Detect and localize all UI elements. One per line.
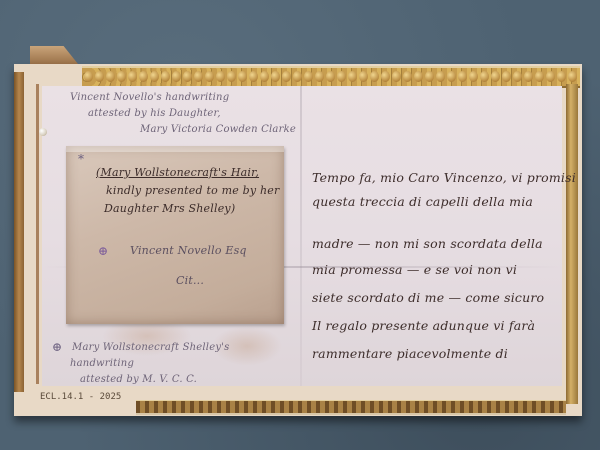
letter-line: madre — non mi son scordata della: [312, 236, 543, 251]
gilt-bead: [348, 71, 357, 82]
gilt-bead: [370, 71, 379, 82]
gilt-bead: [403, 71, 412, 82]
letter-line: questa treccia di capelli della mia: [312, 194, 533, 209]
gilt-bead: [282, 71, 291, 82]
envelope-address-line: Cit...: [176, 274, 204, 287]
top-note-line: Mary Victoria Cowden Clarke: [140, 124, 296, 135]
gilt-bead: [458, 71, 467, 82]
gilt-bead: [557, 71, 566, 82]
gilt-bead: [491, 71, 500, 82]
gilt-bead: [139, 71, 148, 82]
gilt-bead: [414, 71, 423, 82]
gilt-bead: [304, 71, 313, 82]
top-note-line: Vincent Novello's handwriting: [70, 92, 229, 103]
gilt-bead: [337, 71, 346, 82]
gilt-bead: [293, 71, 302, 82]
gilt-bead: [249, 71, 258, 82]
gilt-bead: [128, 71, 137, 82]
envelope-address-line: Vincent Novello Esq: [130, 244, 247, 257]
gilt-bead: [150, 71, 159, 82]
letter-line: mia promessa — e se voi non vi: [312, 262, 517, 277]
gilt-frame-bottom: [136, 400, 566, 415]
gilt-bead: [106, 71, 115, 82]
gilt-frame-left: [14, 72, 24, 392]
letter-line: Il regalo presente adunque vi farà: [312, 318, 535, 333]
gilt-bead: [205, 71, 214, 82]
gilt-bead: [172, 71, 181, 82]
gilt-bead: [183, 71, 192, 82]
gilt-bead: [260, 71, 269, 82]
gilt-bead: [117, 71, 126, 82]
gilt-bead: [84, 71, 93, 82]
gilt-bead: [326, 71, 335, 82]
mount-corner-tab: [30, 46, 78, 64]
gilt-bead: [425, 71, 434, 82]
gilt-bead: [216, 71, 225, 82]
crosshair-marker-icon: ⊕: [98, 244, 108, 258]
gilt-bead: [238, 71, 247, 82]
envelope-caption-line: Daughter Mrs Shelley): [104, 202, 235, 215]
gilt-bead: [95, 71, 104, 82]
accession-number: ECL.14.1 - 2025: [40, 392, 121, 402]
gilt-bead: [436, 71, 445, 82]
pin-head: [39, 128, 47, 136]
gilt-bead: [535, 71, 544, 82]
bottom-note-line: Mary Wollstonecraft Shelley's: [72, 342, 229, 353]
gilt-bead: [546, 71, 555, 82]
bottom-note-line: attested by M. V. C. C.: [80, 374, 197, 385]
gilt-bead: [381, 71, 390, 82]
asterisk-marker-icon: *: [78, 152, 84, 166]
envelope-flap: [66, 146, 284, 152]
crosshair-marker-icon: ⊕: [52, 340, 62, 354]
envelope-caption-line: kindly presented to me by her: [106, 184, 279, 197]
gilt-bead: [271, 71, 280, 82]
gilt-bead: [227, 71, 236, 82]
bottom-note-line: handwriting: [70, 358, 134, 369]
gilt-bead: [513, 71, 522, 82]
gilt-bead: [194, 71, 203, 82]
gilt-bead: [315, 71, 324, 82]
top-note-line: attested by his Daughter,: [88, 108, 221, 119]
paper-fold: [300, 86, 302, 386]
gilt-bead: [161, 71, 170, 82]
gilt-bead: [568, 71, 577, 82]
gilt-bead: [502, 71, 511, 82]
envelope-caption-line: (Mary Wollstonecraft's Hair,: [96, 166, 259, 179]
gilt-bead: [392, 71, 401, 82]
letter-line: siete scordato di me — come sicuro: [312, 290, 544, 305]
gilt-bead: [469, 71, 478, 82]
letter-line: Tempo fa, mio Caro Vincenzo, vi promisi: [312, 170, 576, 185]
gilt-bead: [447, 71, 456, 82]
gilt-bead: [524, 71, 533, 82]
gilt-bead: [480, 71, 489, 82]
gilt-bead: [359, 71, 368, 82]
letter-line: rammentare piacevolmente di: [312, 346, 508, 361]
